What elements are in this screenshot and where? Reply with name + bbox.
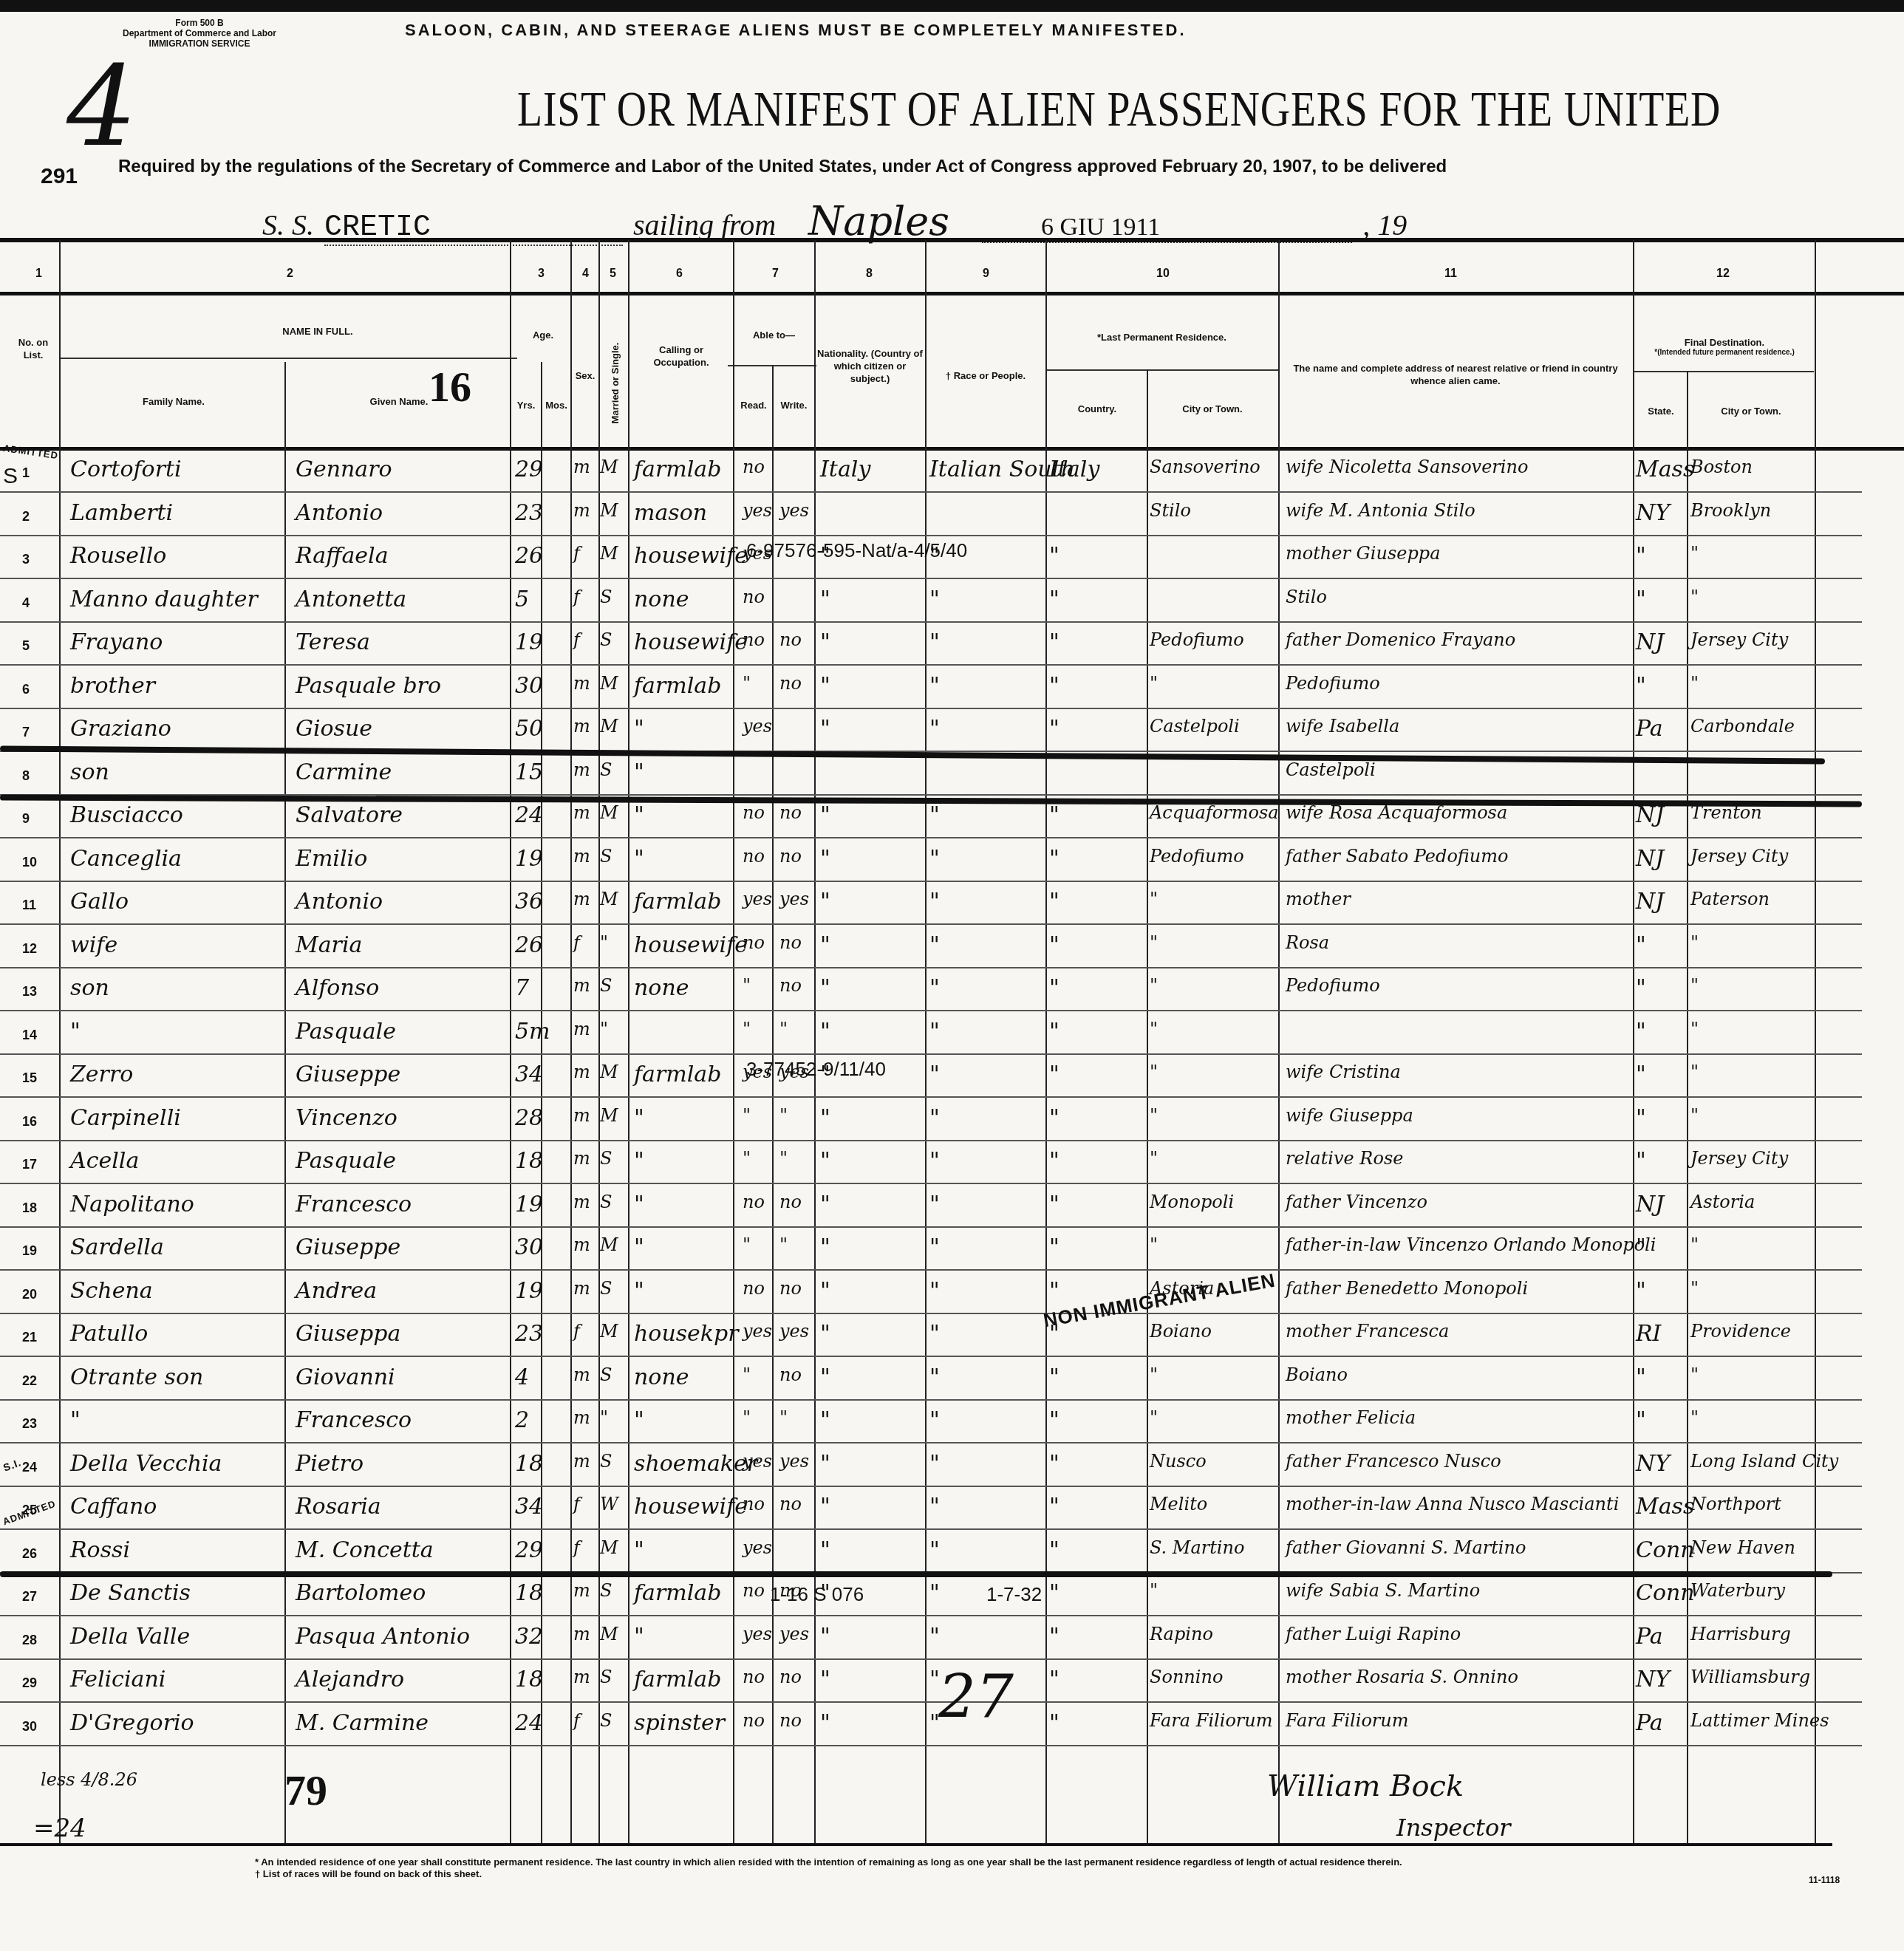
table-row: 20SchenaAndrea19mS"nono"""Astoriafather … (0, 1272, 1904, 1314)
col-number-8: 8 (866, 267, 873, 281)
residence-city: " (1150, 1580, 1158, 1601)
header-no-on-list: No. on List. (15, 336, 52, 361)
footer-note-residence: * An intended residence of one year shal… (255, 1856, 1402, 1868)
destination-city: Paterson (1690, 889, 1770, 909)
row-number: 17 (22, 1157, 37, 1172)
race: " (929, 587, 940, 612)
race: " (929, 1624, 940, 1650)
destination-city: Jersey City (1690, 1148, 1788, 1169)
sex: f (573, 587, 580, 607)
can-read: no (743, 1192, 765, 1212)
occupation: farmlab (634, 889, 721, 915)
residence-city: Castelpoli (1150, 716, 1240, 737)
marital-status: M (600, 802, 618, 823)
race: " (929, 1148, 940, 1174)
given-name: Teresa (296, 629, 370, 655)
occupation: " (634, 759, 644, 785)
family-name: Gallo (70, 889, 129, 915)
age-years: 19 (515, 846, 543, 872)
header-residence-country: Country. (1049, 403, 1145, 415)
col-number-5: 5 (610, 267, 616, 281)
col-number-4: 4 (582, 267, 589, 281)
race: " (929, 932, 940, 958)
nationality: " (820, 1192, 830, 1217)
occupation: farmlab (634, 673, 721, 699)
sheet-number: 16 (429, 362, 471, 411)
occupation: housewife (634, 543, 748, 569)
age-years: 15 (515, 759, 543, 785)
destination-state: Mass (1636, 1494, 1694, 1520)
nationality: " (820, 1667, 830, 1692)
header-residence-city: City or Town. (1149, 403, 1276, 415)
destination-city: " (1690, 587, 1699, 607)
residence-country: " (1049, 1019, 1060, 1045)
destination-city: " (1690, 543, 1699, 564)
table-row: 25CaffanoRosaria34fWhousewifenono"""Meli… (0, 1488, 1904, 1530)
nearest-relative: father Sabato Pedofiumo (1286, 846, 1509, 867)
destination-city: New Haven (1690, 1537, 1795, 1558)
destination-state: NY (1636, 500, 1670, 526)
given-name: Pasquale (296, 1148, 396, 1174)
tally-count: 79 (284, 1766, 327, 1815)
can-read: no (743, 1580, 765, 1601)
residence-country: " (1049, 543, 1060, 569)
row-rule (0, 1745, 1862, 1746)
sex: m (573, 759, 590, 780)
nationality: " (820, 1321, 830, 1347)
header-destination-note: *(Intended future permanent residence.) (1637, 349, 1812, 358)
row-number: 19 (22, 1243, 37, 1259)
table-row: 2LambertiAntonio23mMmasonyesyesStilowife… (0, 494, 1904, 536)
table-row: 23"Francesco2m""""""""mother Felicia"" (0, 1401, 1904, 1443)
nationality: " (820, 1278, 830, 1304)
can-read: " (743, 673, 751, 694)
nearest-relative: father-in-law Vincenzo Orlando Monopoli (1286, 1234, 1656, 1255)
row-rule (0, 1486, 1862, 1487)
occupation: " (634, 802, 644, 828)
destination-city: Lattimer Mines (1690, 1710, 1829, 1731)
race: " (929, 846, 940, 872)
can-write: " (779, 1407, 788, 1428)
age-years: 29 (515, 457, 543, 482)
given-name: Bartolomeo (296, 1580, 426, 1606)
race: " (929, 673, 940, 699)
given-name: Giosue (296, 716, 372, 742)
residence-city: " (1150, 1407, 1158, 1428)
family-name: Busciacco (70, 802, 183, 828)
occupation: " (634, 1407, 644, 1433)
can-read: no (743, 1710, 765, 1731)
naturalization-number-row27: 1-16 S 076 (770, 1583, 864, 1606)
given-name: Giuseppe (296, 1234, 400, 1260)
marital-status: M (600, 889, 618, 909)
nearest-relative: mother Felicia (1286, 1407, 1416, 1428)
row-rule (0, 1442, 1862, 1443)
service-name: IMMIGRATION SERVICE (111, 38, 288, 49)
column-number-rule (0, 292, 1904, 295)
header-mos: Mos. (542, 399, 571, 411)
occupation: housewife (634, 932, 748, 958)
marital-status: " (600, 1407, 608, 1428)
marital-status: S (600, 846, 612, 867)
age-years: 19 (515, 1192, 543, 1217)
naturalization-number-row15: 3-77452-9/11/40 (746, 1058, 886, 1081)
row-rule (0, 621, 1862, 623)
age-years: 4 (515, 1364, 529, 1390)
marital-status: S (600, 1580, 612, 1601)
residence-country: " (1049, 1278, 1060, 1304)
sex: m (573, 500, 590, 521)
residence-city: " (1150, 1062, 1158, 1082)
given-name: Alejandro (296, 1667, 404, 1692)
given-name: Andrea (296, 1278, 377, 1304)
header-final-destination: Final Destination. (1637, 336, 1812, 349)
residence-country: " (1049, 802, 1060, 828)
can-write: " (779, 1105, 788, 1126)
residence-country: " (1049, 1624, 1060, 1650)
destination-state: " (1636, 1019, 1646, 1045)
table-row: 18NapolitanoFrancesco19mS"nono"""Monopol… (0, 1186, 1904, 1228)
residence-country: " (1049, 1062, 1060, 1087)
family-name: D'Gregorio (70, 1710, 194, 1736)
race: " (929, 1019, 940, 1045)
row-rule (0, 708, 1862, 709)
occupation: none (634, 975, 689, 1001)
residence-country: " (1049, 1537, 1060, 1563)
destination-city: Williamsburg (1690, 1667, 1810, 1687)
family-name: Della Vecchia (70, 1451, 222, 1477)
sex: f (573, 1494, 580, 1514)
strike-line-row-26 (0, 1571, 1832, 1577)
given-name: Francesco (296, 1192, 412, 1217)
destination-city: Northport (1690, 1494, 1781, 1514)
nationality: " (820, 716, 830, 742)
row-rule (0, 664, 1862, 666)
destination-state: " (1636, 1364, 1646, 1390)
marital-status: " (600, 1019, 608, 1039)
destination-city: Jersey City (1690, 629, 1788, 650)
can-read: " (743, 1407, 751, 1428)
residence-subheader-rule (1045, 369, 1278, 371)
row-number: 15 (22, 1070, 37, 1086)
destination-state: " (1636, 673, 1646, 699)
inspector-signature: William Bock (1267, 1769, 1464, 1803)
marital-status: M (600, 1624, 618, 1644)
can-read: no (743, 587, 765, 607)
margin-handwritten-mark: 4 (66, 52, 137, 163)
sex: m (573, 889, 590, 909)
row-number: 4 (22, 595, 30, 611)
header-age: Age. (517, 329, 569, 341)
table-row: 4Manno daughterAntonetta5fSnoneno"""Stil… (0, 581, 1904, 623)
residence-country: " (1049, 846, 1060, 872)
header-given-name: Given Name. (362, 395, 436, 408)
residence-country: " (1049, 1364, 1060, 1390)
row-rule (0, 1096, 1862, 1098)
row-number: 3 (22, 552, 30, 567)
row-rule (0, 1183, 1862, 1184)
col-number-6: 6 (676, 267, 683, 281)
residence-country: " (1049, 1580, 1060, 1606)
can-write: no (779, 932, 802, 953)
given-name: Antonetta (296, 587, 406, 612)
row-number: 5 (22, 638, 30, 654)
destination-city: " (1690, 1105, 1699, 1126)
family-name: " (70, 1019, 81, 1045)
residence-country: " (1049, 889, 1060, 915)
residence-city: Pedofiumo (1150, 846, 1244, 867)
nationality: " (820, 629, 830, 655)
table-row: 15ZerroGiuseppe34mMfarmlabyesyes""""wife… (0, 1056, 1904, 1098)
given-name: Emilio (296, 846, 367, 872)
footer-notes: * An intended residence of one year shal… (255, 1856, 1402, 1880)
occupation: farmlab (634, 457, 721, 482)
nationality: " (820, 846, 830, 872)
family-name: Patullo (70, 1321, 148, 1347)
table-row: 10CancegliaEmilio19mS"nono"""Pedofiumofa… (0, 840, 1904, 882)
residence-city: Sonnino (1150, 1667, 1223, 1687)
can-read: yes (743, 1321, 772, 1342)
nearest-relative: father Giovanni S. Martino (1286, 1537, 1526, 1558)
race: " (929, 629, 940, 655)
header-last-residence: *Last Permanent Residence. (1049, 331, 1275, 344)
can-write: yes (779, 889, 809, 909)
table-row: 14"Pasquale5mm""""""""" (0, 1013, 1904, 1055)
residence-city: Acquaformosa (1150, 802, 1279, 823)
nearest-relative: mother Giuseppa (1286, 543, 1440, 564)
nationality: " (820, 1710, 830, 1736)
form-number: Form 500 B (111, 18, 288, 28)
residence-city: Nusco (1150, 1451, 1207, 1472)
nearest-relative: mother-in-law Anna Nusco Mascianti (1286, 1494, 1619, 1514)
table-row: 6brotherPasquale bro30mMfarmlab"no""""Pe… (0, 667, 1904, 709)
destination-city: " (1690, 975, 1699, 996)
nationality: " (820, 889, 830, 915)
race: " (929, 1234, 940, 1260)
destination-state: NY (1636, 1451, 1670, 1477)
age-years: 19 (515, 1278, 543, 1304)
sex: m (573, 1364, 590, 1385)
nearest-relative: Pedofiumo (1286, 975, 1380, 996)
table-row: 11GalloAntonio36mMfarmlabyesyes""""mothe… (0, 883, 1904, 925)
occupation: " (634, 1148, 644, 1174)
row-number: 6 (22, 682, 30, 697)
given-name: Vincenzo (296, 1105, 397, 1131)
occupation: spinster (634, 1710, 725, 1736)
row-number: 22 (22, 1373, 37, 1389)
nearest-relative: wife Isabella (1286, 716, 1399, 737)
occupation: none (634, 1364, 689, 1390)
footer-note-races: † List of races will be found on back of… (255, 1868, 1402, 1880)
table-row: 27De SanctisBartolomeo18mSfarmlabnono"""… (0, 1574, 1904, 1616)
destination-subheader-rule (1633, 371, 1814, 372)
nationality: " (820, 1624, 830, 1650)
given-name: Pasquale (296, 1019, 396, 1045)
age-years: 34 (515, 1062, 543, 1087)
occupation: shoemaker (634, 1451, 757, 1477)
table-row: 17AcellaPasquale18mS"""""""relative Rose… (0, 1142, 1904, 1184)
residence-country: " (1049, 587, 1060, 612)
row-rule (0, 1053, 1862, 1055)
row-rule (0, 1140, 1862, 1141)
given-name: Salvatore (296, 802, 403, 828)
nearest-relative: Stilo (1286, 587, 1327, 607)
sex: f (573, 1321, 580, 1342)
can-write: yes (779, 1451, 809, 1472)
sex: m (573, 802, 590, 823)
header-able-to: Able to— (735, 329, 813, 341)
residence-city: S. Martino (1150, 1537, 1244, 1558)
residence-country: Italy (1049, 457, 1099, 482)
department-name: Department of Commerce and Labor (111, 28, 288, 38)
family-name: Napolitano (70, 1192, 194, 1217)
can-read: no (743, 1667, 765, 1687)
race: " (929, 1407, 940, 1433)
occupation: farmlab (634, 1062, 721, 1087)
destination-city: Harrisburg (1690, 1624, 1791, 1644)
race: " (929, 1537, 940, 1563)
nationality: " (820, 932, 830, 958)
given-name: M. Concetta (296, 1537, 434, 1563)
destination-state: " (1636, 975, 1646, 1001)
residence-city: " (1150, 932, 1158, 953)
age-years: 24 (515, 1710, 543, 1736)
age-years: 30 (515, 673, 543, 699)
can-read: yes (743, 716, 772, 737)
marital-status: M (600, 1105, 618, 1126)
sex: m (573, 1667, 590, 1687)
nearest-relative: Pedofiumo (1286, 673, 1380, 694)
header-nationality: Nationality. (Country of which citizen o… (816, 347, 924, 385)
age-years: 26 (515, 932, 543, 958)
can-write: " (779, 1234, 788, 1255)
nationality: " (820, 1105, 830, 1131)
row-number: 13 (22, 984, 37, 1000)
row-number: 28 (22, 1633, 37, 1648)
family-name: Canceglia (70, 846, 182, 872)
sex: m (573, 1148, 590, 1169)
family-name: brother (70, 673, 155, 699)
row-number: 21 (22, 1330, 37, 1345)
marital-status: W (600, 1494, 618, 1514)
nationality: " (820, 1451, 830, 1477)
residence-country: " (1049, 1105, 1060, 1131)
nationality: " (820, 1234, 830, 1260)
nearest-relative: Castelpoli (1286, 759, 1376, 780)
header-dest-state: State. (1635, 405, 1687, 417)
destination-state: Pa (1636, 1710, 1663, 1736)
row-number: 1 (22, 465, 30, 481)
sex: m (573, 1624, 590, 1644)
age-years: 18 (515, 1451, 543, 1477)
family-name: Sardella (70, 1234, 164, 1260)
marital-status: S (600, 1278, 612, 1299)
race: " (929, 1192, 940, 1217)
family-name: Frayano (70, 629, 163, 655)
can-read: yes (743, 1537, 772, 1558)
can-write: no (779, 975, 802, 996)
nearest-relative: wife Giuseppa (1286, 1105, 1413, 1126)
family-name: Graziano (70, 716, 171, 742)
destination-city: Long Island City (1690, 1451, 1838, 1472)
residence-country: " (1049, 1667, 1060, 1692)
table-row: 7GrazianoGiosue50mM"yes"""Castelpoliwife… (0, 710, 1904, 752)
sex: m (573, 1278, 590, 1299)
age-years: 28 (515, 1105, 543, 1131)
age-years: 19 (515, 629, 543, 655)
age-years: 24 (515, 802, 543, 828)
can-write: no (779, 1494, 802, 1514)
destination-state: RI (1636, 1321, 1661, 1347)
family-name: " (70, 1407, 81, 1433)
race: " (929, 975, 940, 1001)
occupation: " (634, 1105, 644, 1131)
marital-status: S (600, 1710, 612, 1731)
residence-country: " (1049, 1234, 1060, 1260)
age-years: 34 (515, 1494, 543, 1520)
can-read: " (743, 1234, 751, 1255)
race: " (929, 716, 940, 742)
row-rule (0, 535, 1862, 536)
nearest-relative: mother Francesca (1286, 1321, 1449, 1342)
header-married-single: Married or Single. (609, 324, 621, 443)
can-read: no (743, 457, 765, 477)
row-number: 14 (22, 1028, 37, 1043)
header-sex: Sex. (572, 369, 598, 382)
family-name: Lamberti (70, 500, 173, 526)
marital-status: M (600, 457, 618, 477)
family-name: Rossi (70, 1537, 130, 1563)
marital-status: S (600, 759, 612, 780)
row-rule (0, 1658, 1862, 1660)
occupation: " (634, 1192, 644, 1217)
sex: m (573, 716, 590, 737)
family-name: Zerro (70, 1062, 133, 1087)
age-years: 26 (515, 543, 543, 569)
header-calling-occupation: Calling or Occupation. (637, 344, 726, 369)
col-number-9: 9 (983, 267, 989, 281)
residence-city: " (1150, 1105, 1158, 1126)
table-row: 21PatulloGiuseppa23fMhousekpryesyes"""Bo… (0, 1315, 1904, 1357)
sex: m (573, 1451, 590, 1472)
family-name: Manno daughter (70, 587, 258, 612)
age-years: 7 (515, 975, 529, 1001)
destination-city: Waterbury (1690, 1580, 1785, 1601)
sex: m (573, 457, 590, 477)
can-write: no (779, 802, 802, 823)
can-write: no (779, 673, 802, 694)
destination-state: " (1636, 1407, 1646, 1433)
col-number-3: 3 (538, 267, 545, 281)
nearest-relative: father Francesco Nusco (1286, 1451, 1501, 1472)
given-name: Giovanni (296, 1364, 395, 1390)
marital-status: M (600, 1234, 618, 1255)
given-name: Alfonso (296, 975, 379, 1001)
race: " (929, 1364, 940, 1390)
residence-city: Boiano (1150, 1321, 1212, 1342)
can-read: yes (743, 500, 772, 521)
row-number: 30 (22, 1719, 37, 1735)
given-name: Pasqua Antonio (296, 1624, 470, 1650)
marital-status: S (600, 975, 612, 996)
residence-city: Stilo (1150, 500, 1191, 521)
marital-status: S (600, 1192, 612, 1212)
race: " (929, 1494, 940, 1520)
can-write: no (779, 1278, 802, 1299)
occupation: mason (634, 500, 707, 526)
page-title: LIST OR MANIFEST OF ALIEN PASSENGERS FOR… (517, 80, 1721, 138)
age-years: 5m (515, 1019, 550, 1045)
